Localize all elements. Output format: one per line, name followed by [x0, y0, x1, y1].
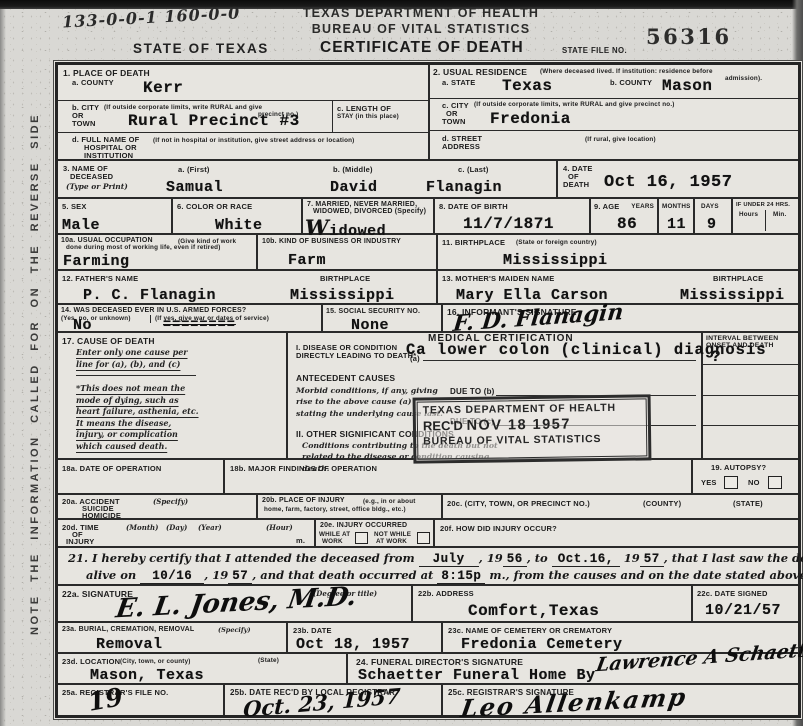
cert-text-5: , that I last saw the deceased [664, 551, 803, 565]
name-label2: DECEASED [70, 172, 113, 181]
ssn-label: 15. SOCIAL SECURITY NO. [326, 308, 420, 317]
industry-value: Farm [288, 252, 326, 269]
dob-label: 8. DATE OF BIRTH [439, 202, 508, 211]
color-race-label: 6. COLOR OR RACE [177, 202, 252, 211]
attended-to-year: 57 [640, 552, 664, 567]
field-time-of-injury: 20d. TIME OF INJURY (Month) (Day) (Year)… [58, 520, 316, 546]
death-certificate-scan: NOTE THE INFORMATION CALLED FOR ON THE R… [0, 0, 803, 726]
field-date-signed: 22c. DATE SIGNED 10/21/57 [693, 586, 798, 621]
field-burial-date: 23b. DATE Oct 18, 1957 [288, 623, 443, 652]
armed-forces-value: No [73, 317, 92, 334]
cert-text-7: , 19 [204, 568, 228, 582]
field-marital-status: 7. MARRIED, NEVER MARRIED, WIDOWED, DIVO… [303, 199, 435, 233]
stamp-line3: BUREAU OF VITAL STATISTICS [423, 432, 641, 447]
age-days-value: 9 [707, 216, 717, 233]
field-how-injury-occurred: 20f. HOW DID INJURY OCCUR? [435, 520, 798, 546]
place-of-injury-note2: home, farm, factory, street, office bldg… [264, 506, 406, 514]
registrar-file-value: 19 [86, 682, 125, 717]
cemetery-value: Fredonia Cemetery [461, 636, 623, 653]
major-findings-label: 18b. MAJOR FINDINGS OF OPERATION [230, 464, 377, 473]
burial-label: 23a. BURIAL, CREMATION, REMOVAL [62, 626, 194, 635]
under24-divider [765, 210, 766, 231]
received-stamp-inner: TEXAS DEPARTMENT OF HEALTH REC'D NOV 18 … [417, 398, 648, 459]
row-armed-forces: 14. WAS DECEASED EVER IN U.S. ARMED FORC… [58, 305, 798, 333]
field-usual-occupation: 10a. USUAL OCCUPATION (Give kind of work… [58, 235, 258, 269]
stay-label: c. LENGTH OF [337, 104, 391, 113]
field-usual-residence: 2. USUAL RESIDENCE (Where deceased lived… [430, 65, 798, 159]
date-signed-label: 22c. DATE SIGNED [697, 589, 768, 598]
age-years-label: YEARS [631, 203, 654, 211]
field-mothers-name: 13. MOTHER'S MAIDEN NAME BIRTHPLACE Mary… [438, 271, 798, 303]
field-date-of-death: 4. DATE OF DEATH Oct 16, 1957 [558, 161, 798, 197]
street-note: (If rural, give location) [585, 136, 656, 144]
attended-to-value: Oct.16, [552, 552, 620, 567]
mother-birthplace-value: Mississippi [680, 287, 785, 304]
autopsy-label: 19. AUTOPSY? [711, 463, 766, 472]
date-of-operation-label: 18a. DATE OF OPERATION [62, 464, 162, 473]
row-physician: 22a. SIGNATURE (Degree or title) E. L. J… [58, 586, 798, 623]
ssn-value: None [351, 317, 389, 334]
field-physician-signature: 22a. SIGNATURE (Degree or title) E. L. J… [58, 586, 413, 621]
state-of-texas: STATE OF TEXAS [133, 41, 269, 56]
interval-line3 [703, 425, 798, 426]
certification-line1: 21. I hereby certify that I attended the… [68, 551, 792, 566]
autopsy-yes-checkbox [724, 476, 738, 489]
place-of-injury-note: (e.g., in or about [363, 498, 416, 506]
armed-forces-note: (Yes, no, or unknown) [61, 315, 131, 323]
last-seen-value: 10/16 [140, 569, 204, 584]
cert-text-8: , and that death occurred at [252, 568, 433, 582]
field-under-24-hrs: IF UNDER 24 HRS. Hours Min. [733, 199, 798, 233]
injury-day-label: (Day) [166, 523, 187, 533]
field-physician-address: 22b. ADDRESS Comfort,Texas [413, 586, 693, 621]
first-name-label: a. (First) [178, 165, 210, 174]
row-injury-time: 20d. TIME OF INJURY (Month) (Day) (Year)… [58, 520, 798, 548]
residence-town-label: TOWN [442, 117, 466, 126]
field-place-of-injury: 20b. PLACE OF INJURY (e.g., in or about … [258, 495, 443, 518]
not-while-at-work-checkbox [417, 532, 430, 544]
burial-date-label: 23b. DATE [293, 626, 332, 635]
location-state-note: (State) [258, 657, 279, 665]
field-cause-of-death-notes: 17. CAUSE OF DEATH Enter only one cause … [58, 333, 288, 458]
certificate-title: CERTIFICATE OF DEATH [320, 39, 524, 57]
mothers-name-label: 13. MOTHER'S MAIDEN NAME [442, 274, 554, 283]
age-days-label: DAYS [701, 203, 719, 211]
homicide-label: HOMICIDE [82, 511, 121, 520]
age-years-value: 86 [617, 215, 637, 233]
place-city-cell: b. CITY (If outside corporate limits, wr… [58, 101, 333, 132]
field-informant-signature: 16. INFORMANT'S SIGNATURE F. D. Flanagin [443, 305, 798, 331]
occupation-value: Farming [63, 253, 130, 270]
injury-city-label: 20c. (CITY, TOWN, OR PRECINCT NO.) [447, 499, 590, 508]
sex-value: Male [62, 217, 100, 234]
cert-text-6: alive on [86, 568, 136, 582]
injury-m-label: m. [296, 536, 305, 545]
residence-state-subrow: 2. USUAL RESIDENCE (Where deceased lived… [430, 65, 798, 99]
date-of-death-label3: DEATH [563, 180, 589, 189]
cert-text-4: 19 [624, 551, 640, 565]
residence-county-label: b. COUNTY [610, 78, 652, 87]
field-date-of-birth: 8. DATE OF BIRTH 11/7/1871 [435, 199, 591, 233]
usual-residence-note2: admission). [725, 75, 762, 83]
industry-label: 10b. KIND OF BUSINESS OR INDUSTRY [262, 238, 401, 247]
row-injury-place: 20a. ACCIDENT SUICIDE HOMICIDE (Specify)… [58, 495, 798, 520]
field-armed-forces: 14. WAS DECEASED EVER IN U.S. ARMED FORC… [58, 305, 323, 331]
age-months-label: MONTHS [662, 203, 691, 211]
how-injury-label: 20f. HOW DID INJURY OCCUR? [440, 524, 557, 533]
certificate-form: 1. PLACE OF DEATH a. COUNTY Kerr b. CITY… [55, 62, 801, 718]
name-label3: (Type or Print) [66, 182, 128, 193]
field-autopsy: 19. AUTOPSY? YES NO [693, 460, 798, 493]
location-note: (City, town, or county) [120, 658, 191, 666]
field-registrar-signature: 25c. REGISTRAR'S SIGNATURE Leo Allenkamp [443, 685, 798, 715]
row-funeral-director: 23d. LOCATION (City, town, or county) (S… [58, 654, 798, 685]
residence-city-value: Fredonia [490, 110, 571, 128]
field-color-race: 6. COLOR OR RACE White [173, 199, 303, 233]
birthplace-note: (State or foreign country) [516, 239, 597, 247]
row-place-residence: 1. PLACE OF DEATH a. COUNTY Kerr b. CITY… [58, 65, 798, 161]
cause-of-death-label: 17. CAUSE OF DEATH [62, 336, 155, 347]
age-months-value: 11 [667, 216, 686, 233]
accident-specify-note: (Specify) [153, 497, 188, 507]
informant-signature: F. D. Flanagin [452, 299, 625, 337]
address-value: Comfort,Texas [468, 602, 599, 620]
first-name-value: Samual [166, 179, 223, 196]
reverse-side-note: NOTE THE INFORMATION CALLED FOR ON THE R… [29, 94, 41, 654]
place-county-subrow: 1. PLACE OF DEATH a. COUNTY Kerr [58, 65, 428, 101]
autopsy-no-checkbox [768, 476, 782, 489]
place-city-subrow: b. CITY (If outside corporate limits, wr… [58, 101, 428, 133]
residence-state-value: Texas [502, 77, 553, 95]
cause-rule [76, 375, 196, 376]
injury-month-label: (Month) [126, 523, 158, 533]
middle-name-value: David [330, 179, 378, 196]
stamp-line1: TEXAS DEPARTMENT OF HEALTH [423, 401, 641, 416]
cert-text-3: , to [527, 551, 548, 565]
row-parents: 12. FATHER'S NAME BIRTHPLACE P. C. Flana… [58, 271, 798, 305]
last-seen-year: 57 [228, 569, 252, 584]
field-age-months: MONTHS 11 [659, 199, 695, 233]
field-burial-type: 23a. BURIAL, CREMATION, REMOVAL (Specify… [58, 623, 288, 652]
injury-hour-label: (Hour) [266, 523, 293, 533]
disease-underline [423, 360, 696, 361]
under24-min-label: Min. [773, 211, 786, 219]
department-title: TEXAS DEPARTMENT OF HEALTH [288, 6, 554, 20]
burial-value: Removal [96, 636, 163, 653]
last-name-label: c. (Last) [458, 165, 489, 174]
not-while-label2: AT WORK [376, 538, 407, 546]
stamp-recd-label: REC'D [423, 418, 463, 434]
due-to-b-label: DUE TO (b) [450, 387, 495, 397]
under24-label: IF UNDER 24 HRS. [736, 202, 790, 209]
address-label: 22b. ADDRESS [418, 589, 474, 598]
dob-value: 11/7/1871 [463, 215, 554, 233]
bureau-title: BUREAU OF VITAL STATISTICS [288, 22, 554, 36]
date-signed-value: 10/21/57 [705, 602, 781, 619]
field-funeral-director: 24. FUNERAL DIRECTOR'S SIGNATURE Schaett… [348, 654, 798, 683]
attended-from-year: 56 [503, 552, 527, 567]
attended-from-value: July [419, 552, 479, 567]
burial-date-value: Oct 18, 1957 [296, 636, 410, 653]
stamp-line2: REC'D NOV 18 1957 [423, 415, 641, 434]
field-registrar-file-no: 25a. REGISTRAR'S FILE NO. 19 [58, 685, 225, 715]
scan-edge-left [0, 9, 6, 726]
physician-signature: E. L. Jones, M.D. [114, 582, 359, 625]
time-of-injury-label3: INJURY [66, 537, 94, 546]
date-of-death-value: Oct 16, 1957 [604, 173, 732, 192]
field-major-findings: 18b. MAJOR FINDINGS OF OPERATION [225, 460, 693, 493]
field-social-security: 15. SOCIAL SECURITY NO. None [323, 305, 443, 331]
usual-residence-note: (Where deceased lived. If institution: r… [540, 68, 713, 76]
length-of-stay-cell: c. LENGTH OF STAY (in this place) [333, 101, 430, 132]
color-race-value: White [215, 217, 263, 234]
city-value: Rural Precinct #3 [128, 112, 300, 130]
field-sex: 5. SEX Male [58, 199, 173, 233]
residence-city-subrow: c. CITY (If outside corporate limits, wr… [430, 99, 798, 131]
field-interval-onset-death: INTERVAL BETWEEN ONSET AND DEATH ? [703, 333, 798, 458]
sex-label: 5. SEX [62, 202, 87, 211]
residence-city-note: (If outside corporate limits, write RURA… [474, 101, 675, 109]
birthplace-value: Mississippi [503, 252, 608, 269]
town-label: TOWN [72, 119, 96, 128]
mother-birthplace-label: BIRTHPLACE [713, 274, 763, 283]
street-subrow: d. STREET ADDRESS (If rural, give locati… [430, 131, 798, 161]
certification-line2: alive on 10/16, 1957, and that death occ… [86, 568, 792, 583]
street-label2: ADDRESS [442, 142, 480, 151]
fathers-name-value: P. C. Flanagin [83, 287, 216, 304]
county-label: a. COUNTY [72, 78, 114, 87]
cert-text-2: , 19 [479, 551, 503, 565]
age-label: 9. AGE [594, 202, 620, 211]
field-accident-suicide-homicide: 20a. ACCIDENT SUICIDE HOMICIDE (Specify) [58, 495, 258, 518]
hospital-note: (If not in hospital or institution, give… [153, 137, 354, 145]
hospital-subrow: d. FULL NAME OF HOSPITAL OR INSTITUTION … [58, 133, 428, 161]
city-note: (If outside corporate limits, write RURA… [104, 104, 262, 112]
interval-line1 [703, 364, 798, 365]
stamp-date: NOV 18 1957 [466, 416, 571, 433]
row-registrar: 25a. REGISTRAR'S FILE NO. 19 25b. DATE R… [58, 685, 798, 715]
row-certification: 21. I hereby certify that I attended the… [58, 548, 798, 586]
cause-note-a: Enter only one cause per line for (a), (… [76, 347, 194, 370]
field-name-of-deceased: 3. NAME OF DECEASED (Type or Print) a. (… [58, 161, 558, 197]
last-name-value: Flanagin [426, 179, 502, 196]
birthplace-label: 11. BIRTHPLACE [442, 238, 505, 247]
under24-hours-label: Hours [739, 211, 758, 219]
field-age-days: DAYS 9 [695, 199, 733, 233]
stay-label2: STAY (in this place) [337, 113, 399, 121]
residence-county-value: Mason [662, 77, 713, 95]
row-sex-age: 5. SEX Male 6. COLOR OR RACE White 7. MA… [58, 199, 798, 235]
location-value: Mason, Texas [90, 667, 204, 684]
interval-line2 [703, 395, 798, 396]
disease-label2: DIRECTLY LEADING TO DEATH* [296, 351, 416, 360]
field-injury-occurred: 20e. INJURY OCCURRED WHILE AT WORK NOT W… [316, 520, 435, 546]
field-fathers-name: 12. FATHER'S NAME BIRTHPLACE P. C. Flana… [58, 271, 438, 303]
cert-text-1: 21. I hereby certify that I attended the… [68, 551, 415, 565]
state-file-number: 56316 [646, 24, 732, 49]
occupation-note2: done during most of working life, even i… [66, 244, 246, 252]
armed-forces-strikeout: ======== [163, 318, 236, 333]
field-birthplace: 11. BIRTHPLACE (State or foreign country… [438, 235, 798, 269]
injury-state-label: (STATE) [733, 499, 763, 508]
cemetery-label: 23c. NAME OF CEMETERY OR CREMATORY [448, 626, 612, 635]
state-file-no-label: STATE FILE NO. [562, 46, 627, 55]
while-at-work-label2: WORK [322, 538, 343, 546]
injury-year-label: (Year) [198, 523, 222, 533]
cause-note-b: *This does not mean the mode of dying, s… [76, 383, 202, 453]
place-of-injury-label: 20b. PLACE OF INJURY [262, 497, 345, 506]
field-business-industry: 10b. KIND OF BUSINESS OR INDUSTRY Farm [258, 235, 438, 269]
middle-name-label: b. (Middle) [333, 165, 373, 174]
location-label: 23d. LOCATION [62, 657, 120, 666]
funeral-home-value: Schaetter Funeral Home By [358, 667, 596, 684]
field-injury-location: 20c. (CITY, TOWN, OR PRECINCT NO.) (COUN… [443, 495, 798, 518]
fathers-name-label: 12. FATHER'S NAME [62, 274, 138, 283]
row-occupation: 10a. USUAL OCCUPATION (Give kind of work… [58, 235, 798, 271]
injury-county-label: (COUNTY) [643, 499, 681, 508]
cert-text-9: m., from the causes and on the date stat… [489, 568, 803, 582]
injury-occurred-label: 20e. INJURY OCCURRED [320, 522, 407, 531]
burial-specify-note: (Specify) [218, 626, 251, 635]
hospital-label3: INSTITUTION [84, 151, 133, 160]
field-place-of-death: 1. PLACE OF DEATH a. COUNTY Kerr b. CITY… [58, 65, 430, 159]
father-birthplace-label: BIRTHPLACE [320, 274, 370, 283]
received-stamp: TEXAS DEPARTMENT OF HEALTH REC'D NOV 18 … [413, 394, 652, 463]
death-time-value: 8:15p [437, 569, 485, 584]
autopsy-yes-label: YES [701, 478, 717, 487]
row-operation: 18a. DATE OF OPERATION 18b. MAJOR FINDIN… [58, 460, 798, 495]
while-at-work-checkbox [355, 532, 368, 544]
row-name: 3. NAME OF DECEASED (Type or Print) a. (… [58, 161, 798, 199]
field-burial-location: 23d. LOCATION (City, town, or county) (S… [58, 654, 348, 683]
field-date-recd: 25b. DATE REC'D BY LOCAL REGISTRAR Oct. … [225, 685, 443, 715]
residence-state-label: a. STATE [442, 78, 475, 87]
antecedent-label: ANTECEDENT CAUSES [296, 373, 395, 384]
field-date-of-operation: 18a. DATE OF OPERATION [58, 460, 225, 493]
autopsy-no-label: NO [748, 478, 760, 487]
father-birthplace-value: Mississippi [290, 287, 395, 304]
field-age-years: 9. AGE YEARS 86 [591, 199, 659, 233]
county-value: Kerr [143, 79, 183, 97]
